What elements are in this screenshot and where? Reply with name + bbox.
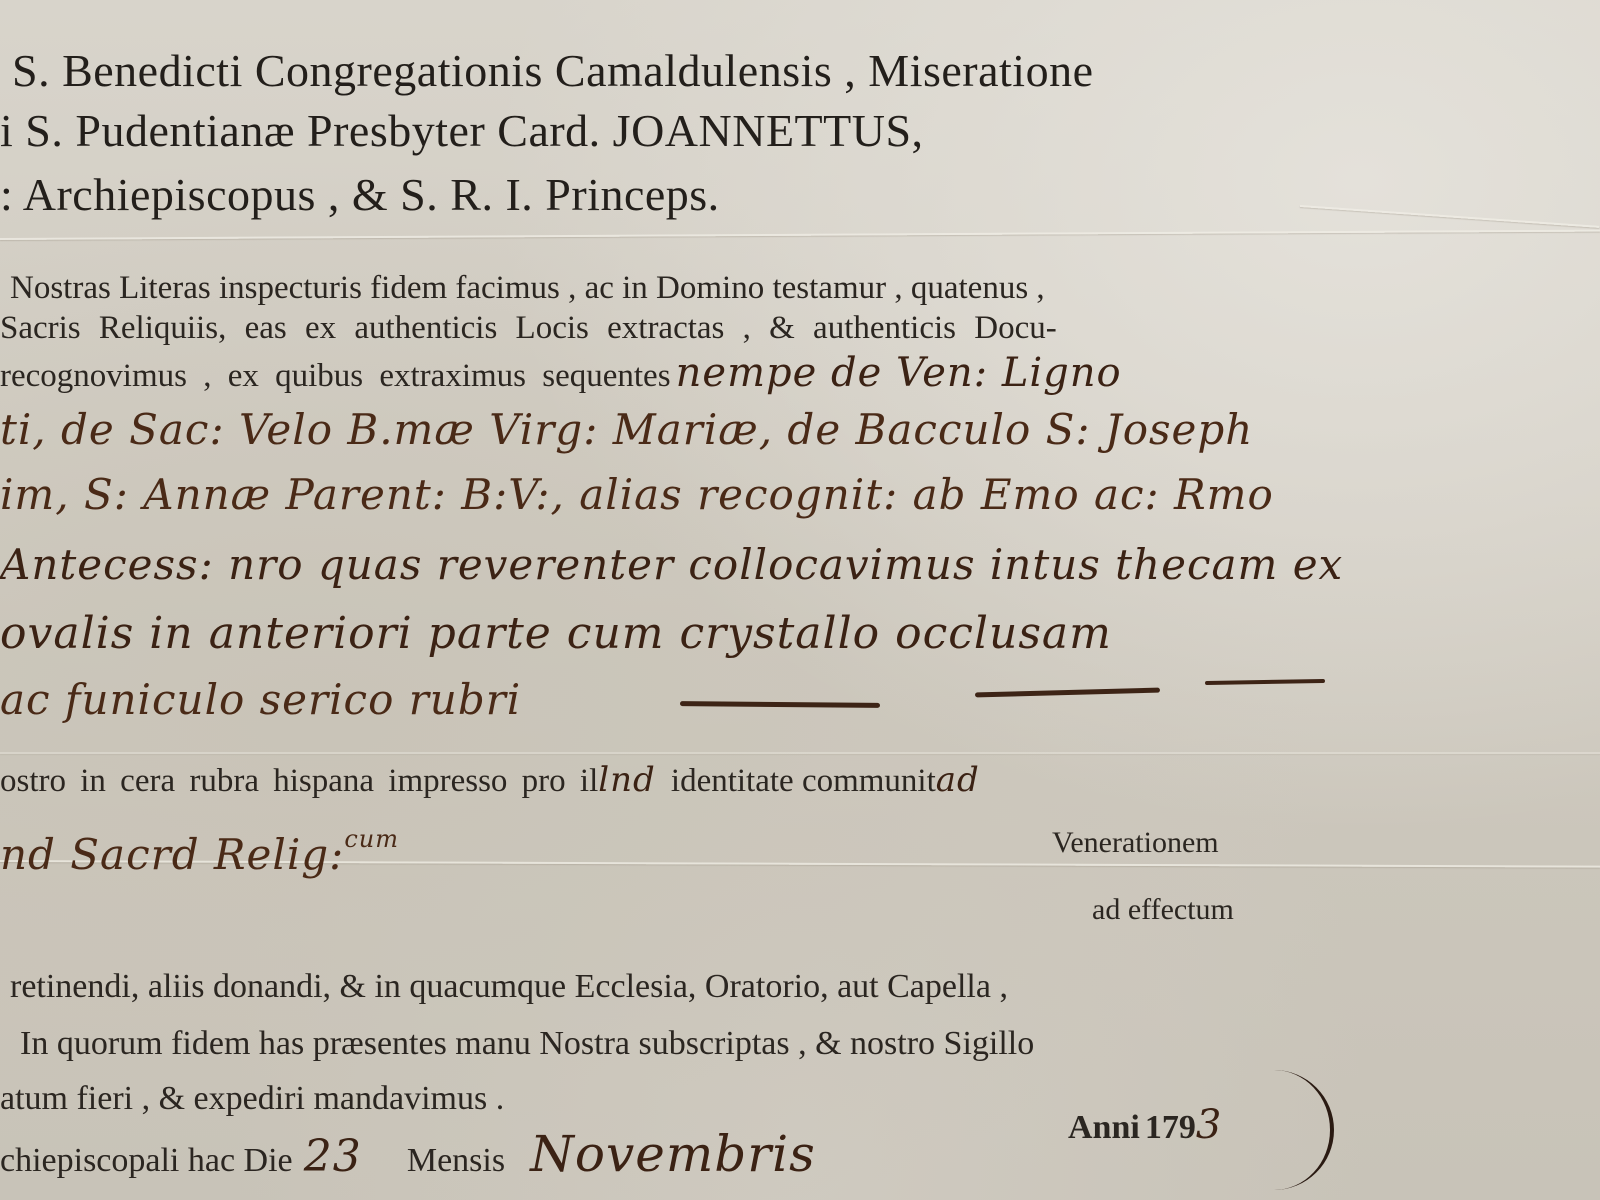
date-year: Anni 1793 [1068, 1102, 1222, 1148]
body-line-13: atum fieri , & expediri mandavimus . [0, 1080, 504, 1118]
date-day: 23 [304, 1131, 362, 1182]
handwritten-line-8: ac funiculo serico rubri [0, 675, 521, 724]
handwritten-line-5: im, S: Annæ Parent: B:V:, alias recognit… [0, 470, 1274, 519]
body-line-9: ostro in cera rubra hispana impresso pro… [0, 760, 980, 800]
filler-rule [975, 688, 1160, 698]
paper-crease [0, 752, 1600, 754]
body-line-3-handwritten: nempe de Ven: Ligno [676, 350, 1122, 396]
filler-rule [680, 701, 880, 708]
filler-rule [1205, 679, 1325, 685]
date-month-label: Mensis [407, 1142, 505, 1179]
handwritten-bracket [1270, 1070, 1334, 1190]
paper-crease [0, 230, 1600, 240]
body-line-9-printed-b: identitate communit [671, 763, 936, 799]
effect-label: ad effectum [1092, 893, 1234, 927]
body-line-11: retinendi, aliis donandi, & in quacumque… [10, 968, 1008, 1006]
body-line-9-printed-a: ostro in cera rubra hispana impresso pro… [0, 763, 598, 799]
body-line-3-printed: recognovimus , ex quibus extraximus sequ… [0, 358, 671, 394]
body-line-3: recognovimus , ex quibus extraximus sequ… [0, 350, 1122, 396]
date-year-label: Anni [1068, 1109, 1140, 1146]
veneration-label: Venerationem [1052, 826, 1219, 860]
date-month: Novembris [530, 1125, 816, 1183]
handwritten-line-4: ti, de Sac: Velo B.mæ Virg: Mariæ, de Ba… [0, 405, 1253, 454]
body-line-9-handwritten-b: ad [936, 760, 980, 800]
body-line-1: Nostras Literas inspecturis fidem facimu… [10, 270, 1045, 307]
handwritten-line-6: Antecess: nro quas reverenter collocavim… [0, 540, 1343, 589]
date-year-handwritten: 3 [1196, 1102, 1222, 1148]
heading-line-2: i S. Pudentianæ Presbyter Card. JOANNETT… [0, 104, 924, 157]
date-line: chiepiscopali hac Die 23 Mensis Novembri… [0, 1125, 816, 1183]
body-line-9-handwritten-a: lnd [598, 760, 656, 800]
body-line-2: Sacris Reliquiis, eas ex authenticis Loc… [0, 310, 1057, 347]
document-page: S. Benedicti Congregationis Camaldulensi… [0, 0, 1600, 1200]
heading-line-1: S. Benedicti Congregationis Camaldulensi… [12, 44, 1094, 97]
heading-line-3: : Archiepiscopus , & S. R. I. Princeps. [0, 168, 720, 221]
handwritten-line-7: ovalis in anteriori parte cum crystallo … [0, 608, 1112, 659]
date-year-printed: 179 [1145, 1109, 1196, 1146]
paper-crease [1300, 205, 1599, 228]
date-prefix: chiepiscopali hac Die [0, 1142, 293, 1179]
handwritten-line-10: nd Sacrd Relig:cum [0, 830, 399, 879]
handwritten-superscript: cum [344, 825, 399, 853]
body-line-12: In quorum fidem has præsentes manu Nostr… [20, 1025, 1034, 1063]
handwritten-relic-text: nd Sacrd Relig: [0, 830, 344, 879]
